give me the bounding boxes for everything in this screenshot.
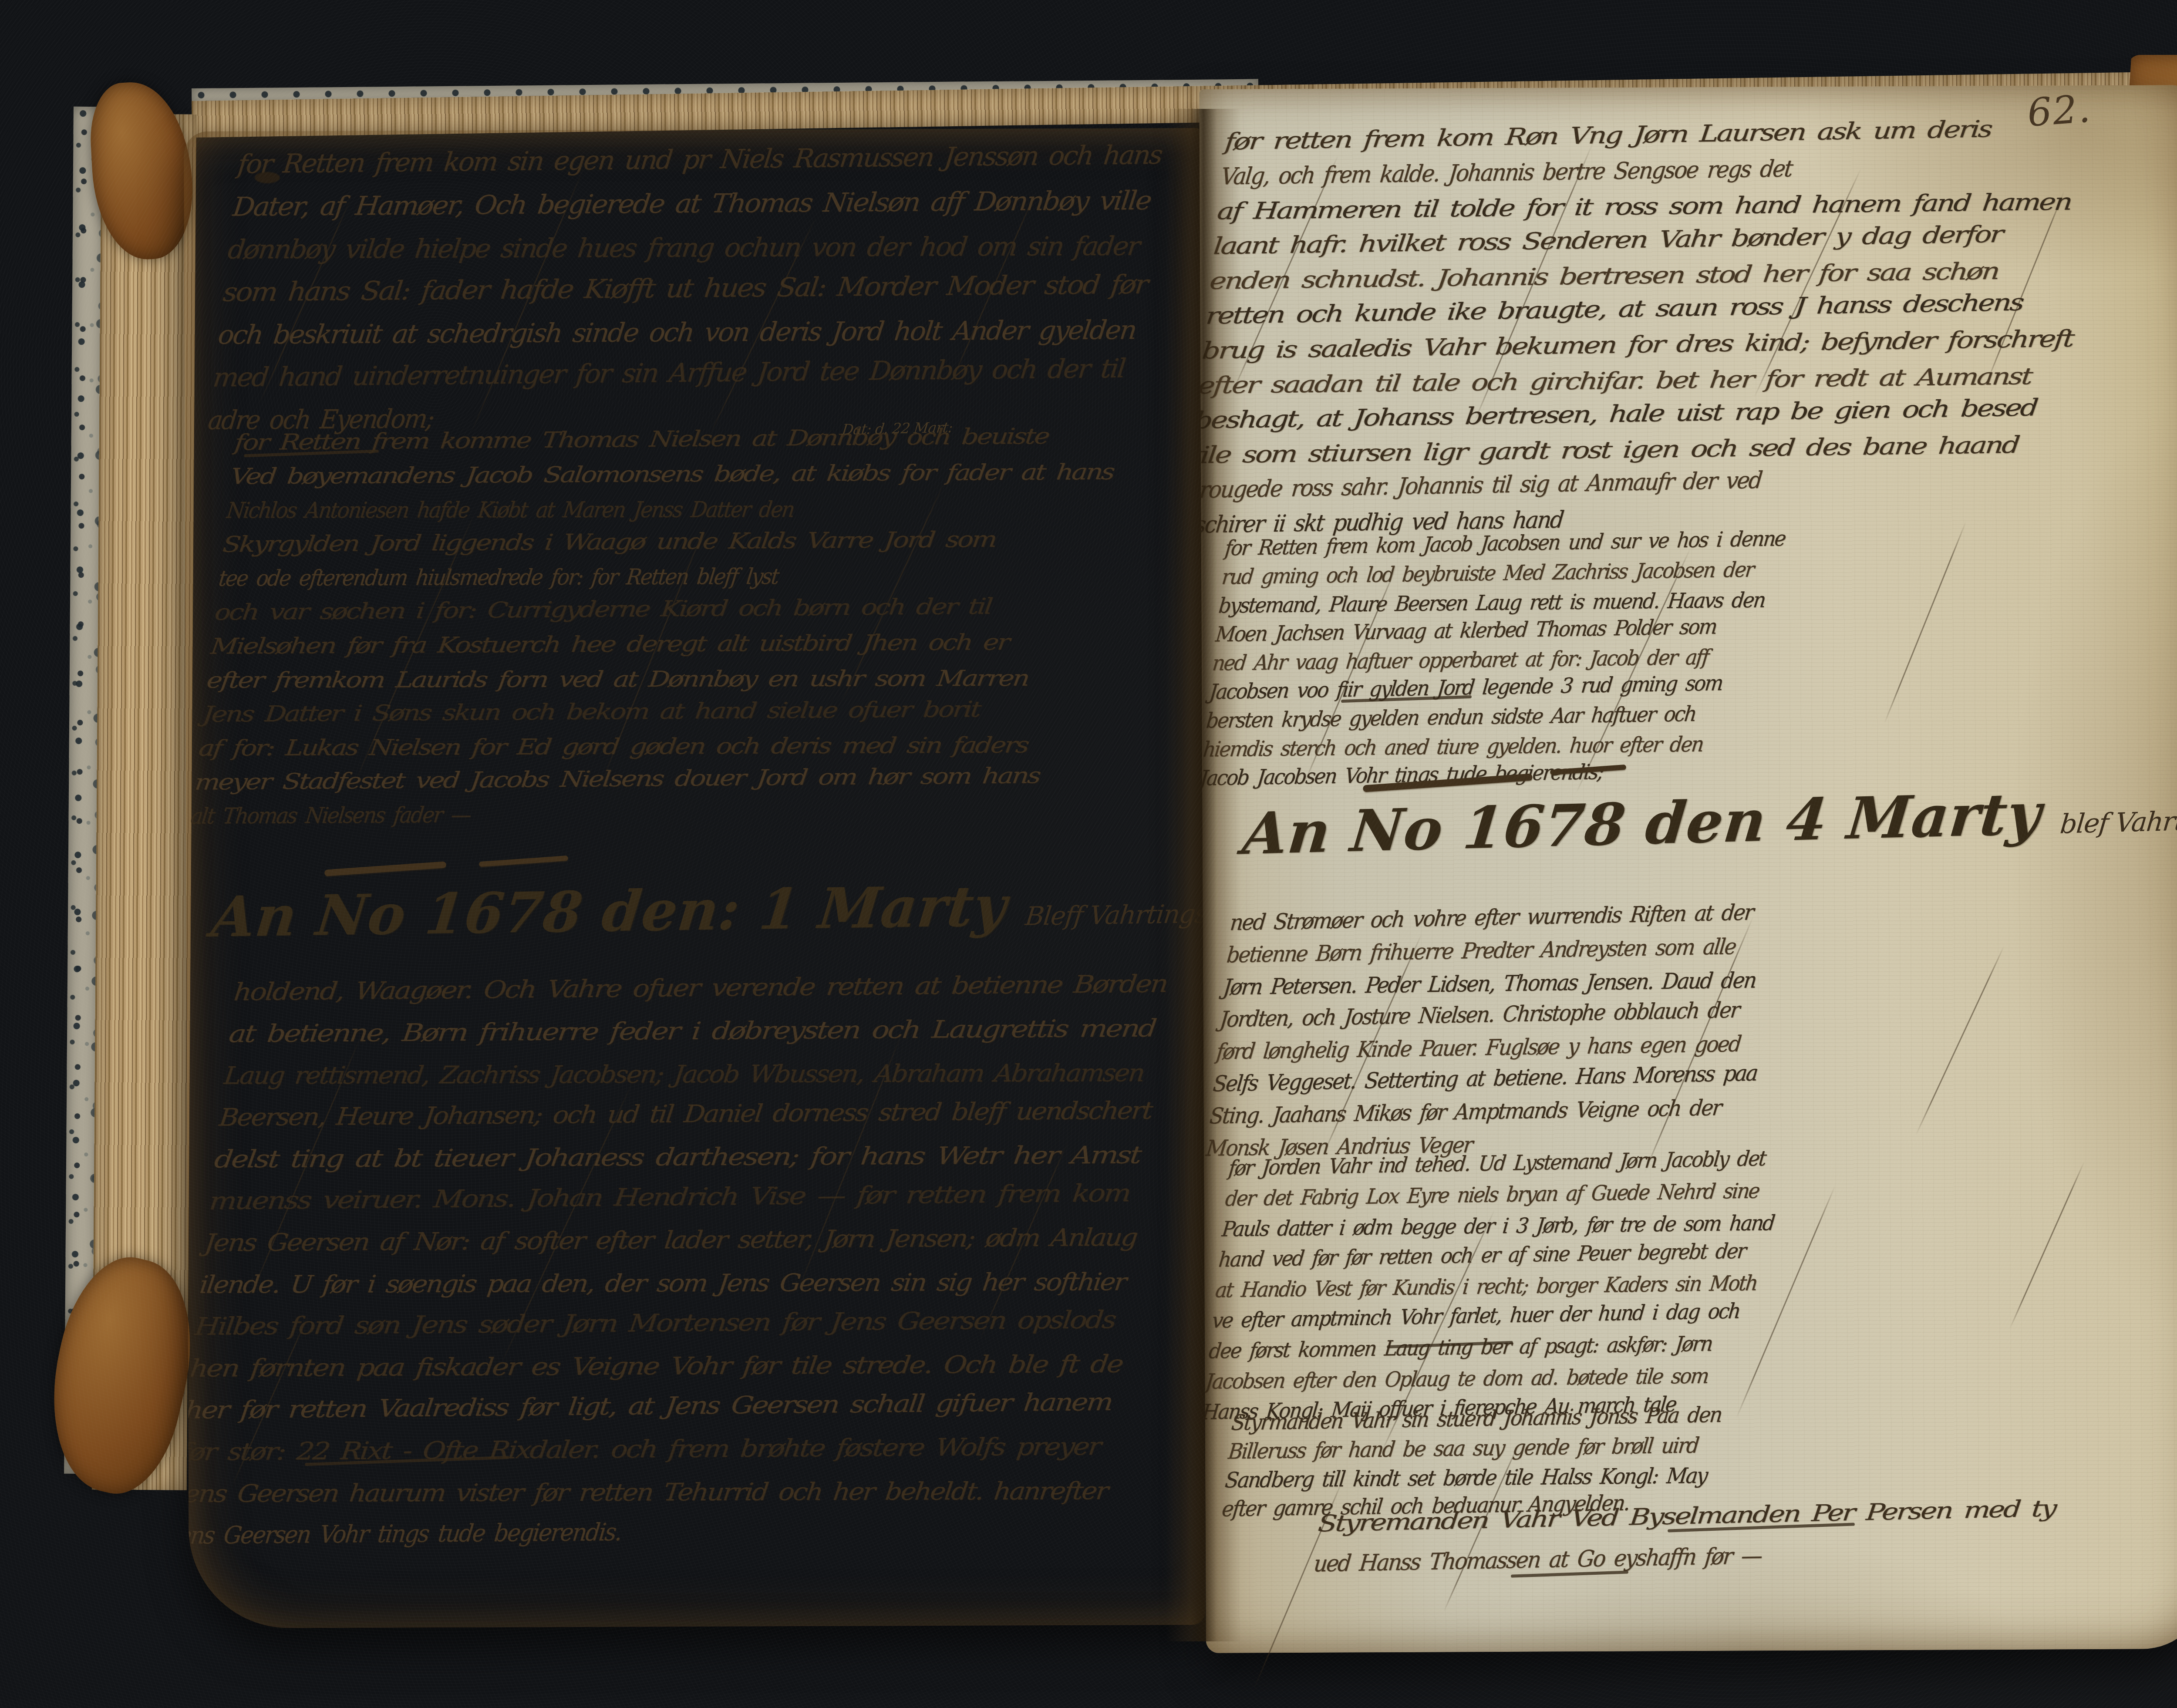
manuscript-line: och var søchen i for: Currigyderne Kiørd… [212,596,1144,635]
manuscript-line: Jens Geersen Vohr tings tude begierendis… [184,1517,1104,1565]
manuscript-line: efter fremkom Laurids forn ved at Dønnbø… [204,664,1136,703]
manuscript-paragraph: før Jorden Vahr ind tehed. Ud Lystemand … [1200,1143,2163,1431]
manuscript-line: her før retten Vaalrediss før ligt, at J… [184,1392,1119,1439]
manuscript-line: Hilbes ford søn Jens søder Jørn Mortense… [192,1308,1129,1356]
heading-year-date: An No 1678 den 4 Marty [1240,780,2044,868]
manuscript-line: for Retten frem komme Thomas Nielsen at … [232,426,1164,465]
book-gutter-shadow [1166,109,1241,1641]
heading-continuation: blef Vahrting holdis [2059,802,2177,839]
manuscript-paragraph: for Retten frem kom sin egen und pr Niel… [205,144,1163,449]
manuscript-paragraph: holdend, Waagøer. Och Vahre ofuer verend… [184,974,1167,1565]
ink-blot [255,172,280,183]
manuscript-paragraph: for Retten frem kom Jacob Jacobsen und s… [1199,524,2164,795]
page-number: 62. [2026,86,2093,135]
right-page: før retten frem kom Røn Vng Jørn Laursen… [1199,85,2177,1653]
manuscript-paragraph: Styremanden Vahr Ved Byselmanden Per Per… [1311,1497,2096,1592]
manuscript-line: muenss veiruer. Mons. Johan Hendrich Vis… [206,1183,1143,1230]
manuscript-line: alt Thomas Nielsens fader — [188,800,1120,839]
manuscript-line: Beersen, Heure Johansen; och ud til Dani… [216,1099,1153,1147]
manuscript-line: Skyrgylden Jord liggends i Waagø unde Ka… [220,528,1152,567]
manuscript-paragraph: for Retten frem komme Thomas Nielsen at … [188,426,1163,839]
manuscript-line: Jens Geersen af Nør: af softer efter lad… [201,1225,1138,1272]
manuscript-line: at betienne, Børn frihuerre feder i døbr… [226,1016,1163,1063]
manuscript-line: med hand uinderretnuinger for sin Arffue… [210,357,1138,407]
manuscript-paragraph: ned Strømøer och vohre efter wurrendis R… [1204,896,2165,1169]
left-page: for Retten frem kom sin egen und pr Niel… [184,128,1205,1628]
manuscript-paragraph: før retten frem kom Røn Vng Jørn Laursen… [1199,116,2164,547]
photo-of-manuscript-book: for Retten frem kom sin egen und pr Niel… [0,0,2177,1708]
manuscript-line: Ved bøyemandens Jacob Salomonsens bøde, … [228,460,1160,499]
manuscript-line: Mielsøhen før fra Kostuerch hee deregt a… [208,630,1140,669]
manuscript-line: Nichlos Antoniesen hafde Kiøbt at Maren … [224,494,1156,533]
manuscript-line: før stør: 22 Rixt - Ofte Rixdaler. och f… [184,1434,1114,1481]
manuscript-line: holdend, Waagøer. Och Vahre ofuer verend… [231,974,1168,1021]
manuscript-line: Jens Datter i Søns skun och bekom at han… [200,698,1132,737]
manuscript-line: for Retten frem kom sin egen und pr Niel… [235,144,1163,193]
entry-date-heading: An No 1678 den: 1 MartyBleff Vahrtings [209,871,1205,950]
interlinear-date-note: Dat: d. 22 Mart: [841,419,954,438]
manuscript-line: som hans Sal: fader hafde Kiøfft ut hues… [220,272,1148,321]
manuscript-line: Jens Geersen haurum vister før retten Te… [184,1476,1109,1523]
heading-year-date: An No 1678 den: 1 Marty [209,873,1010,950]
manuscript-line: meyer Stadfestet ved Jacobs Nielsens dou… [192,766,1124,805]
